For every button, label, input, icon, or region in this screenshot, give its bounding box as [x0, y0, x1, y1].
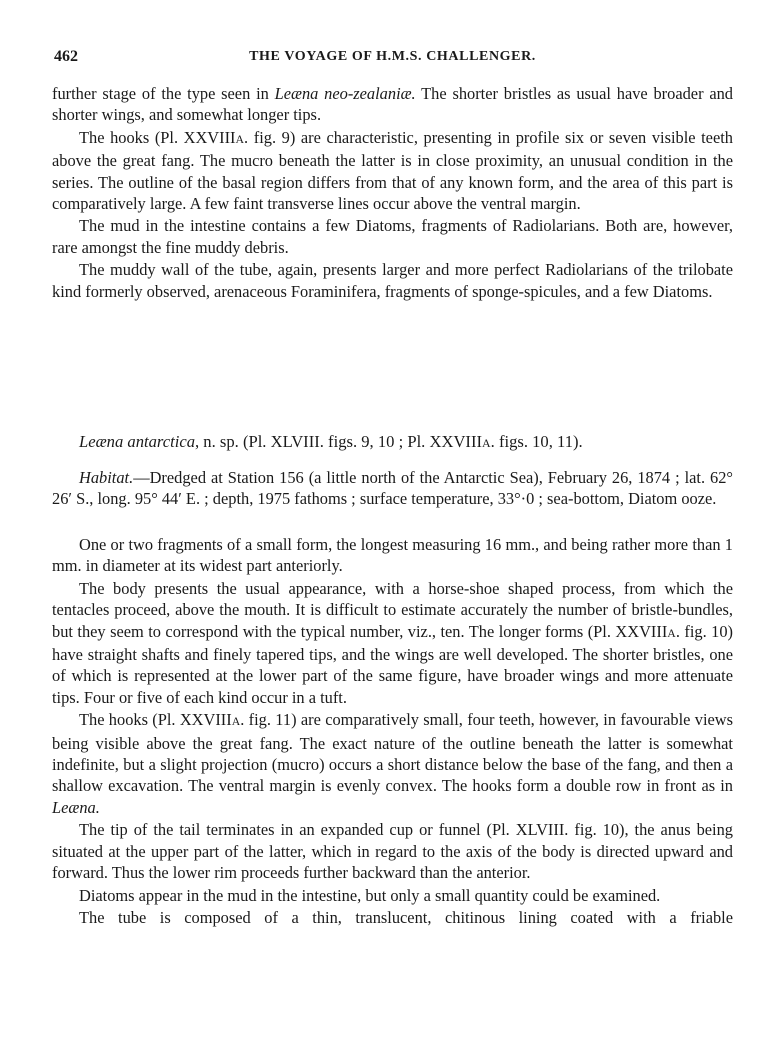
text: , n. sp. (Pl. XLVIII. figs. 9, 10 ; Pl. … — [195, 432, 482, 451]
species-heading: Leæna antarctica, n. sp. (Pl. XLVIII. fi… — [52, 431, 733, 454]
taxon-name: Leæna. — [52, 798, 100, 817]
species-heading-block: Leæna antarctica, n. sp. (Pl. XLVIII. fi… — [52, 431, 733, 454]
paragraph: Diatoms appear in the mud in the intesti… — [52, 885, 733, 906]
paragraph: The muddy wall of the tube, again, prese… — [52, 259, 733, 302]
paragraph: The mud in the intestine contains a few … — [52, 215, 733, 258]
species-description: One or two fragments of a small form, th… — [52, 534, 733, 928]
small-caps: A — [667, 626, 676, 640]
text: . figs. 10, 11). — [491, 432, 583, 451]
small-caps: A — [236, 132, 245, 146]
text: —Dredged at Station 156 (a little north … — [52, 468, 733, 508]
paragraph: The hooks (Pl. XXVIIIA. fig. 9) are char… — [52, 127, 733, 215]
text: The hooks (Pl. XXVIII — [79, 710, 232, 729]
small-caps: A — [482, 436, 491, 450]
text: further stage of the type seen in — [52, 84, 275, 103]
text: The hooks (Pl. XXVIII — [79, 128, 236, 147]
paragraph: further stage of the type seen in Leæna … — [52, 83, 733, 126]
species-name: Leæna antarctica — [79, 432, 195, 451]
text: The body presents the usual appearance, … — [52, 579, 733, 641]
habitat-label: Habitat. — [79, 468, 133, 487]
habitat-paragraph: Habitat.—Dredged at Station 156 (a littl… — [52, 467, 733, 510]
small-caps: A — [232, 714, 241, 728]
habitat-block: Habitat.—Dredged at Station 156 (a littl… — [52, 467, 733, 510]
paragraph: The tip of the tail terminates in an exp… — [52, 819, 733, 883]
paragraph: One or two fragments of a small form, th… — [52, 534, 733, 577]
running-title: THE VOYAGE OF H.M.S. CHALLENGER. — [52, 46, 733, 67]
paragraph: The hooks (Pl. XXVIIIA. fig. 11) are com… — [52, 709, 733, 818]
taxon-name: Leæna neo-zealaniæ. — [275, 84, 416, 103]
section-continuation: further stage of the type seen in Leæna … — [52, 83, 733, 302]
paragraph: The tube is composed of a thin, transluc… — [52, 907, 733, 928]
running-head: 462 THE VOYAGE OF H.M.S. CHALLENGER. — [52, 46, 733, 68]
paragraph: The body presents the usual appearance, … — [52, 578, 733, 708]
